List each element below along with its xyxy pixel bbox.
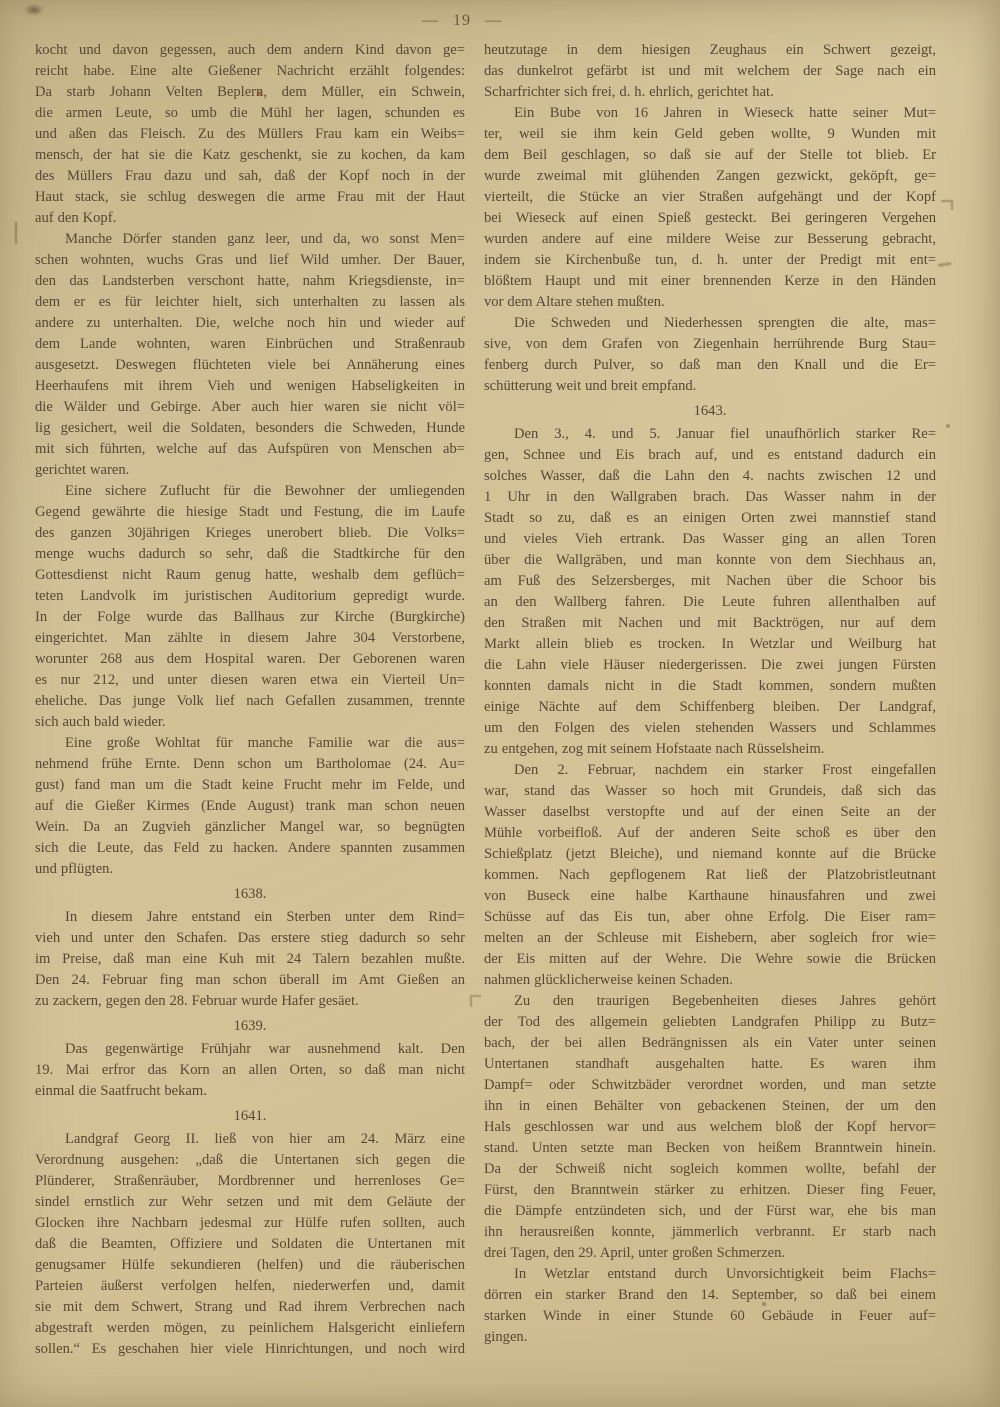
- text-line: sie mit dem Schwert, Strang und Rad ihre…: [35, 1297, 465, 1318]
- text-line: heutzutage in dem hiesigen Zeughaus ein …: [484, 40, 936, 61]
- text-line: kommen. Nach gepflogenem Rat ließ der Pl…: [484, 865, 936, 886]
- text-line: Scharfrichter sich frei, d. h. ehrlich, …: [484, 82, 936, 103]
- page-header: —19—: [0, 12, 924, 30]
- text-line: Markt allein blieb es trocken. In Wetzla…: [484, 634, 936, 655]
- text-line: starken Winde in einer Stunde 60 Gebäude…: [484, 1306, 936, 1327]
- text-line: teten Landvolk im juristischen Auditoriu…: [35, 586, 465, 607]
- header-dash-left: —: [408, 12, 453, 29]
- text-line: daß die Beamten, Offiziere und Soldaten …: [35, 1234, 465, 1255]
- text-line: dem Beil geschlagen, so daß sie auf der …: [484, 145, 936, 166]
- year-heading: 1641.: [35, 1106, 465, 1127]
- text-line: des Müllers Frau dazu und sah, daß der K…: [35, 166, 465, 187]
- text-line: sich die Leute, das Feld zu hacken. Ande…: [35, 838, 465, 859]
- text-line: Dampf= oder Schwitzbäder verordnet worde…: [484, 1075, 936, 1096]
- text-line: nahmen glücklicherweise keinen Schaden.: [484, 970, 936, 991]
- text-line: die armen Leute, so umb die Mühl her lag…: [35, 103, 465, 124]
- text-line: Manche Dörfer standen ganz leer, und da,…: [35, 229, 465, 250]
- text-line: an den Wallberg fahren. Die Leute fuhren…: [484, 592, 936, 613]
- margin-mark: [470, 995, 481, 1007]
- text-line: Gegend gewährte die hiesige Stadt und Fe…: [35, 502, 465, 523]
- text-line: Wein. Da an Zugvieh gänzlicher Mangel wa…: [35, 817, 465, 838]
- text-line: fenberg durch Pulver, so daß man den Kna…: [484, 355, 936, 376]
- text-line: gust) fand man um die Stadt keine Frucht…: [35, 775, 465, 796]
- text-line: In diesem Jahre entstand ein Sterben unt…: [35, 907, 465, 928]
- text-line: des ganzen 30jährigen Krieges unerobert …: [35, 523, 465, 544]
- text-line: im Preise, daß man eine Kuh mit 24 Taler…: [35, 949, 465, 970]
- text-line: zu entgehen, zog mit seinem Hofstaate na…: [484, 739, 936, 760]
- text-line: ihn herausreißen konnte, jämmerlich verb…: [484, 1222, 936, 1243]
- text-line: melten an der Schleuse mit Eishebern, ab…: [484, 928, 936, 949]
- text-line: kocht und davon gegessen, auch dem ander…: [35, 40, 465, 61]
- text-line: auf den Kopf.: [35, 208, 465, 229]
- year-heading: 1638.: [35, 884, 465, 905]
- text-line: Fürst, den Branntwein stärker zu erhitze…: [484, 1180, 936, 1201]
- text-line: Gottesdienst nicht Raum genug hatte, wes…: [35, 565, 465, 586]
- text-line: gen, Schnee und Eis brach auf, und es en…: [484, 445, 936, 466]
- text-line: wurde zweimal mit glühenden Zangen gezwi…: [484, 166, 936, 187]
- page-number: 19: [453, 12, 471, 29]
- text-line: reicht habe. Eine alte Gießener Nachrich…: [35, 61, 465, 82]
- text-line: 1 Uhr in den Wallgraben brach. Das Wasse…: [484, 487, 936, 508]
- text-line: In Wetzlar entstand durch Unvorsichtigke…: [484, 1264, 936, 1285]
- text-line: worunter 268 aus dem Hospital waren. Der…: [35, 649, 465, 670]
- text-line: Parteien äußerst verfolgen helfen, niede…: [35, 1276, 465, 1297]
- text-line: Zu den traurigen Begebenheiten dieses Ja…: [484, 991, 936, 1012]
- text-line: blößtem Haupt und mit einer brennenden K…: [484, 271, 936, 292]
- text-line: und pflügten.: [35, 859, 465, 880]
- text-line: Den 2. Februar, nachdem ein starker Fros…: [484, 760, 936, 781]
- text-line: sollen.“ Es geschahen hier viele Hinrich…: [35, 1339, 465, 1360]
- text-line: Mühle vorbeifloß. Auf der anderen Seite …: [484, 823, 936, 844]
- text-line: Plünderer, Straßenräuber, Mordbrenner un…: [35, 1171, 465, 1192]
- text-column-right: heutzutage in dem hiesigen Zeughaus ein …: [484, 40, 936, 1348]
- text-line: die Dämpfe entzündeten sich, und der Für…: [484, 1201, 936, 1222]
- text-line: Wasser daselbst verstopfte und auf der e…: [484, 802, 936, 823]
- year-heading: 1643.: [484, 401, 936, 422]
- margin-mark: [938, 262, 951, 267]
- text-line: Die Schweden und Niederhessen sprengten …: [484, 313, 936, 334]
- text-line: bei Wieseck auf einen Spieß gesteckt. Be…: [484, 208, 936, 229]
- text-line: lig gesichert, weil die Soldaten, besond…: [35, 418, 465, 439]
- text-line: einige Nächte auf dem Schiffenberg bleib…: [484, 697, 936, 718]
- text-line: menge wuchs dadurch so sehr, daß die Sta…: [35, 544, 465, 565]
- text-line: In der Folge wurde das Ballhaus zur Kirc…: [35, 607, 465, 628]
- text-line: Verordnung ausgehen: „daß die Untertanen…: [35, 1150, 465, 1171]
- text-line: um den Folgen des vielen stehenden Wasse…: [484, 718, 936, 739]
- text-line: Den 24. Februar fing man schon überall i…: [35, 970, 465, 991]
- text-line: sich auch bald wieder.: [35, 712, 465, 733]
- text-line: die Wälder und Gebirge. Aber auch hier w…: [35, 397, 465, 418]
- text-line: abgestraft werden mögen, zu peinlichem H…: [35, 1318, 465, 1339]
- text-line: Schießplatz (jetzt Bleiche), und niemand…: [484, 844, 936, 865]
- text-line: dem Lande wohnten, waren Einbrüchen und …: [35, 334, 465, 355]
- text-line: wurden andere auf eine mildere Weise zur…: [484, 229, 936, 250]
- text-line: vor dem Altare stehen mußten.: [484, 292, 936, 313]
- header-dash-right: —: [471, 12, 516, 29]
- text-column-left: kocht und davon gegessen, auch dem ander…: [35, 40, 465, 1360]
- text-line: schen wohnten, wuchs Gras und lief Wild …: [35, 250, 465, 271]
- text-line: nehmend frühe Ernte. Denn schon um Barth…: [35, 754, 465, 775]
- text-line: sindel ernstlich zur Wehr setzen und mit…: [35, 1192, 465, 1213]
- text-line: Stadt so zu, daß es an einigen Orten zwe…: [484, 508, 936, 529]
- text-line: sive, von dem Grafen von Ziegenhain herr…: [484, 334, 936, 355]
- text-line: konnten damals nicht in die Stadt kommen…: [484, 676, 936, 697]
- text-line: Haut stack, sie schlug deswegen die arme…: [35, 187, 465, 208]
- text-line: genugsamer Hülfe sekundieren (helfen) un…: [35, 1255, 465, 1276]
- text-line: war, stand das Wasser so hoch mit Grunde…: [484, 781, 936, 802]
- text-line: Ein Bube von 16 Jahren in Wieseck hatte …: [484, 103, 936, 124]
- margin-mark: [946, 424, 950, 428]
- text-line: solches Wasser, daß die Lahn den 4. nach…: [484, 466, 936, 487]
- text-line: es nur 212, und unter diesen waren etwa …: [35, 670, 465, 691]
- text-line: mit sich führten, welche auf das Aufspür…: [35, 439, 465, 460]
- text-line: am Fuß des Selzersberges, mit Nachen übe…: [484, 571, 936, 592]
- text-line: Landgraf Georg II. ließ von hier am 24. …: [35, 1129, 465, 1150]
- text-line: gerichtet waren.: [35, 460, 465, 481]
- text-line: eingerichtet. Man zählte in diesem Jahre…: [35, 628, 465, 649]
- text-line: der Tod des allgemein geliebten Landgraf…: [484, 1012, 936, 1033]
- text-line: vieh und unter den Schafen. Das erstere …: [35, 928, 465, 949]
- text-line: drei Tagen, den 29. April, unter großen …: [484, 1243, 936, 1264]
- year-heading: 1639.: [35, 1016, 465, 1037]
- text-line: dörren ein starker Brand den 14. Septemb…: [484, 1285, 936, 1306]
- text-line: Schüsse auf das Eis tun, aber ohne Erfol…: [484, 907, 936, 928]
- text-line: zu zackern, gegen den 28. Februar wurde …: [35, 991, 465, 1012]
- text-line: dem er es für leichter hielt, sich unter…: [35, 292, 465, 313]
- text-line: gingen.: [484, 1327, 936, 1348]
- text-line: auf die Gießer Kirmes (Ende August) tran…: [35, 796, 465, 817]
- text-line: mensch, der hat sie die Katz geschenkt, …: [35, 145, 465, 166]
- text-line: Da starb Johann Velten Beplern, dem Müll…: [35, 82, 465, 103]
- text-line: vierteilt, die Stücke an vier Straßen au…: [484, 187, 936, 208]
- text-line: Hals geschlossen war und aus welchem blo…: [484, 1117, 936, 1138]
- text-line: Den 3., 4. und 5. Januar fiel unaufhörli…: [484, 424, 936, 445]
- text-line: 19. Mai erfror das Korn an allen Orten, …: [35, 1060, 465, 1081]
- text-line: das dunkelrot gefärbt ist und mit welche…: [484, 61, 936, 82]
- text-line: über die Wallgräben, und man konnte von …: [484, 550, 936, 571]
- text-line: eheliche. Das junge Volk lief nach Gefal…: [35, 691, 465, 712]
- text-line: Da der Schweiß nicht sogleich kommen wol…: [484, 1159, 936, 1180]
- text-line: von Buseck eine halbe Karthaune hinausfa…: [484, 886, 936, 907]
- text-line: Heerhaufens mit ihrem Vieh und wenigen H…: [35, 376, 465, 397]
- text-line: stand. Unten setzte man Becken von heiße…: [484, 1138, 936, 1159]
- text-line: Das gegenwärtige Frühjahr war ausnehmend…: [35, 1039, 465, 1060]
- text-line: der Eis mitten auf der Wehre. Die Wehre …: [484, 949, 936, 970]
- text-line: und aßen das Fleisch. Zu des Müllers Fra…: [35, 124, 465, 145]
- text-line: ter, weil sie ihm kein Geld geben wollte…: [484, 124, 936, 145]
- text-line: den Straßen mit Nachen und mit Backtröge…: [484, 613, 936, 634]
- text-line: Eine große Wohltat für manche Familie wa…: [35, 733, 465, 754]
- text-line: andere zu unterhalten. Die, welche noch …: [35, 313, 465, 334]
- text-line: indem sie Kirchenbuße tun, d. h. unter d…: [484, 250, 936, 271]
- text-line: bach, der bei allen Bedrängnissen als ei…: [484, 1033, 936, 1054]
- text-line: ausgesetzt. Deswegen flüchteten viele be…: [35, 355, 465, 376]
- text-line: ihn in einen Behälter von gebackenen Ste…: [484, 1096, 936, 1117]
- text-line: einmal die Saatfrucht bekam.: [35, 1081, 465, 1102]
- text-line: den das Landsterben verschont hatte, nah…: [35, 271, 465, 292]
- text-line: Eine sichere Zuflucht für die Bewohner d…: [35, 481, 465, 502]
- book-page: { "header": { "dash_left": "—", "page_nu…: [0, 0, 1000, 1407]
- text-line: und vieles Vieh ertrank. Das Wasser ging…: [484, 529, 936, 550]
- margin-mark: [15, 222, 17, 244]
- text-line: Untertanen standhaft ausgehalten hatte. …: [484, 1054, 936, 1075]
- text-line: die Lahn viele Häuser niedergerissen. Di…: [484, 655, 936, 676]
- margin-mark: [941, 200, 953, 210]
- text-line: Glocken ihre Nachbarn jedesmal zur Hülfe…: [35, 1213, 465, 1234]
- text-line: schütterung weit und breit empfand.: [484, 376, 936, 397]
